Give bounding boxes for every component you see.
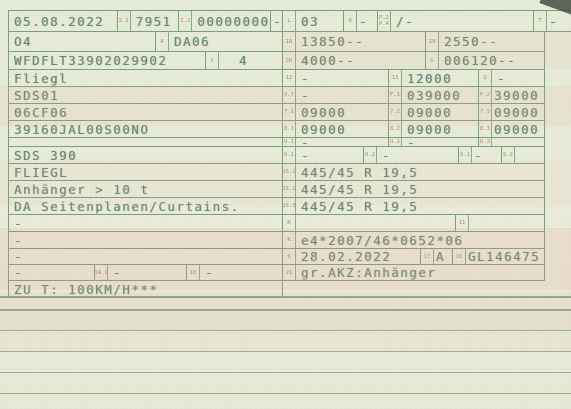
field-value: - — [492, 71, 506, 86]
field-value: - — [296, 71, 310, 86]
table-row: U.1- U.2- U.3 — [283, 138, 545, 147]
ruled-line — [0, 372, 571, 373]
table-row: 8.109000 8.209000 8.309000 — [283, 121, 545, 138]
table-row: SDS 390 — [9, 147, 282, 164]
field-code-label: 8.2 — [389, 121, 402, 137]
noise-u2: U.2- — [388, 138, 478, 146]
speed-note: ZU T: 100KM/H*** — [9, 281, 282, 297]
table-row: DA Seitenplanen/Curtains. — [9, 198, 282, 215]
field-v7: V.7- — [283, 87, 388, 103]
table-row: - 14.1- 16- — [9, 265, 282, 281]
ruled-line — [0, 330, 571, 331]
axle-load-reg-2: 8.209000 — [388, 121, 478, 137]
field-code-label: 14.1 — [95, 265, 108, 280]
field-value: 2550-- — [439, 34, 498, 49]
model-type: SDS01 — [9, 87, 282, 103]
table-row: 628.02.2022 17A 16GL146475 — [283, 249, 545, 265]
field-value: 05.08.2022 — [9, 14, 104, 29]
table-row: V.7- F.1039000 F.239000 — [283, 87, 545, 104]
variant: 06CF06 — [9, 104, 282, 120]
colour-field: R — [283, 215, 455, 231]
towing-o1: O.1- — [283, 147, 363, 163]
field-value: e4*2007/46*0652*06 — [296, 233, 463, 248]
empty-field: - — [9, 215, 282, 231]
table-row: Ke4*2007/46*0652*06 — [283, 232, 545, 249]
field-value: Anhänger > 10 t — [9, 182, 149, 197]
field-17: 17A — [420, 249, 452, 264]
field-16-left: 16- — [186, 265, 282, 280]
field-value: - — [9, 233, 23, 248]
length-field: 1813850-- — [283, 32, 425, 51]
version: 39160JAL00S00NO — [9, 121, 282, 137]
field-value: 28.02.2022 — [296, 249, 391, 264]
field-code-label: F.1 — [389, 87, 402, 103]
approval-date: 628.02.2022 — [283, 249, 420, 264]
table-row: WFDFLT33902029902 34 — [9, 52, 282, 70]
scan-tint — [0, 330, 571, 352]
table-row: R 11 — [283, 215, 545, 232]
towing-o2: O.2- — [363, 147, 458, 163]
field-code-label: 2.1 — [118, 11, 131, 31]
ruled-line — [0, 351, 571, 352]
table-row: Anhänger > 10 t — [9, 181, 282, 198]
field-code-label: 6 — [283, 249, 296, 264]
field-12: 12- — [283, 70, 388, 86]
axle-load-reg-1: 8.109000 — [283, 121, 388, 137]
field-code-label: S.1 — [459, 147, 472, 163]
field-value: 09000 — [492, 122, 539, 137]
axle-load-reg-3: 8.309000 — [478, 121, 544, 137]
field-value: - — [472, 148, 483, 163]
field-value: - — [9, 216, 23, 231]
axle-load-tech-2: 7.209000 — [388, 104, 478, 120]
table-row: 15.2445/45 R 19,5 — [283, 181, 545, 198]
table-row: 06CF06 — [9, 104, 282, 121]
field-code-label: T — [534, 11, 547, 31]
driven-axles: 9- — [343, 11, 377, 31]
emission-code-field: 14.1- — [94, 265, 186, 280]
field-code-label: 15.1 — [283, 164, 296, 180]
table-row: 39160JAL00S00NO — [9, 121, 282, 138]
table-row: FLIEGL — [9, 164, 282, 181]
vehicle-registration-document-scan: 05.08.2022 2.17951 2.200000000 - O4 4DA0… — [0, 0, 571, 409]
field-code-label: 11 — [456, 215, 469, 231]
field-code-label: 18 — [283, 32, 296, 51]
field-code-label: G — [426, 52, 439, 69]
field-value: 03 — [296, 14, 319, 29]
vin: WFDFLT33902029902 — [9, 52, 205, 69]
field-code-label: 2.2 — [179, 11, 192, 31]
field-code-label: 9 — [344, 11, 357, 31]
power-rating: P.2 P.4/- — [377, 11, 533, 31]
field-value: 039000 — [402, 88, 461, 103]
field-code-label: 4 — [156, 32, 169, 51]
field-value: A — [434, 249, 445, 264]
field-code-label: L — [283, 11, 296, 31]
field-code-label: V.7 — [283, 87, 296, 103]
field-value: 13850-- — [296, 34, 364, 49]
field-code-label: 12 — [283, 70, 296, 86]
field-value: 09000 — [402, 122, 452, 137]
gross-mass-f2: F.239000 — [478, 87, 544, 103]
field-code-label: 15.3 — [283, 198, 296, 214]
table-row: O.1- O.2- S.1- S.2 — [283, 147, 545, 164]
width-field: 192550-- — [425, 32, 544, 51]
field-value: GL146475 — [466, 249, 540, 264]
field-value: gr.AKZ:Anhänger — [296, 265, 436, 280]
field-code-label: 15.2 — [283, 181, 296, 197]
seats-s1: S.1- — [458, 147, 501, 163]
table-row: SDS01 — [9, 87, 282, 104]
field-value: 09000 — [296, 122, 346, 137]
field-code-label: 7.3 — [479, 104, 492, 120]
field-value: - — [402, 138, 416, 146]
table-row: 1813850-- 192550-- — [283, 32, 545, 52]
empty-field — [9, 138, 282, 146]
field-11: 11 — [455, 215, 544, 231]
field-value: 39000 — [492, 88, 539, 103]
field-value: - — [377, 148, 391, 163]
table-row: O4 4DA06 — [9, 32, 282, 52]
table-row: 05.08.2022 2.17951 2.200000000 - — [9, 11, 282, 32]
field-code-label: 3 — [206, 52, 219, 69]
vin-check-digit: 34 — [205, 52, 282, 69]
field-code-label: Q — [479, 70, 492, 86]
field-value: 7951 — [131, 14, 172, 29]
table-row: 15.3445/45 R 19,5 — [283, 198, 545, 215]
field-value: FLIEGL — [9, 165, 68, 180]
field-value: 09000 — [492, 105, 539, 120]
field-value: - — [9, 249, 23, 264]
field-value: DA Seitenplanen/Curtains. — [9, 199, 240, 214]
field-value: - — [296, 88, 310, 103]
field-value: 445/45 R 19,5 — [296, 199, 418, 214]
max-speed: T- — [533, 11, 571, 31]
manufacturer-name: Fliegl — [9, 70, 282, 86]
field-code-label: K — [283, 232, 296, 248]
table-row: Fliegl — [9, 70, 282, 87]
table-row: 15.1445/45 R 19,5 — [283, 164, 545, 181]
field-value: ZU T: 100KM/H*** — [9, 282, 158, 297]
field-value: - — [271, 14, 282, 29]
field-value: 445/45 R 19,5 — [296, 165, 418, 180]
table-row — [9, 138, 282, 147]
empty-field: - — [9, 232, 282, 248]
field-value: 09000 — [296, 105, 346, 120]
field-code-label: 13 — [389, 70, 402, 86]
make: FLIEGL — [9, 164, 282, 180]
table-row: 7.109000 7.209000 7.309000 — [283, 104, 545, 121]
field-value: 12000 — [402, 71, 452, 86]
table-row: L03 9- P.2 P.4/- T- — [283, 11, 571, 32]
field-value: - — [200, 265, 214, 280]
power-to-weight: Q- — [478, 70, 544, 86]
vehicle-class-text: Anhänger > 10 t — [9, 181, 282, 197]
trade-name: SDS 390 — [9, 147, 282, 163]
axle-load-tech-1: 7.109000 — [283, 104, 388, 120]
table-row: 21gr.AKZ:Anhänger — [283, 265, 545, 281]
body-code: 4DA06 — [155, 32, 282, 51]
field-value: 4 — [219, 53, 248, 68]
field-code-label: O.1 — [283, 147, 296, 163]
type-code: 2.200000000 — [178, 11, 270, 31]
field-value: /- — [391, 14, 414, 29]
ruled-line — [0, 296, 571, 298]
vehicle-data-table-left: 05.08.2022 2.17951 2.200000000 - O4 4DA0… — [8, 10, 283, 298]
field-code-label: 17 — [421, 249, 434, 264]
field-value: SDS01 — [9, 88, 59, 103]
tire-size-axle-1: 15.1445/45 R 19,5 — [283, 164, 544, 180]
field-code-label: 7.2 — [389, 104, 402, 120]
field-value: SDS 390 — [9, 148, 77, 163]
field-value: 4000-- — [296, 53, 355, 68]
field-code-label: 8.1 — [283, 121, 296, 137]
field-code-label: U.3 — [479, 138, 492, 146]
field-code-label: U.2 — [389, 138, 402, 146]
field-value: Fliegl — [9, 71, 68, 86]
first-registration-date: 05.08.2022 — [9, 11, 117, 31]
field-value: 00000000 — [192, 14, 269, 29]
manufacturer-code: 2.17951 — [117, 11, 179, 31]
axle-count: L03 — [283, 11, 343, 31]
noise-u1: U.1- — [283, 138, 388, 146]
field-code-label: 21 — [283, 265, 296, 280]
field-value: O4 — [9, 34, 32, 49]
field-code-label: U.1 — [283, 138, 296, 146]
table-row: 204000-- G006120-- — [283, 52, 545, 70]
tire-size-axle-3: 15.3445/45 R 19,5 — [283, 198, 544, 214]
field-value: 09000 — [402, 105, 452, 120]
field-value: 39160JAL00S00NO — [9, 122, 149, 137]
check-field: - — [270, 11, 282, 31]
field-code-label: 16 — [453, 249, 466, 264]
field-value: 445/45 R 19,5 — [296, 182, 418, 197]
table-row: - — [9, 249, 282, 265]
body-type-text: DA Seitenplanen/Curtains. — [9, 198, 282, 214]
field-code-label: 7.1 — [283, 104, 296, 120]
field-value: DA06 — [169, 34, 210, 49]
field-code-label: 19 — [426, 32, 439, 51]
certificate-number: 16GL146475 — [452, 249, 544, 264]
empty-field: - — [9, 265, 94, 280]
table-row: - — [9, 215, 282, 232]
table-row: 12- 1312000 Q- — [283, 70, 545, 87]
tire-size-axle-2: 15.2445/45 R 19,5 — [283, 181, 544, 197]
field-value: - — [547, 14, 558, 29]
field-code-label: S.2 — [502, 147, 515, 163]
field-value: - — [296, 138, 310, 146]
field-code-label: 16 — [187, 265, 200, 280]
kingpin-load: 1312000 — [388, 70, 478, 86]
field-value: - — [108, 265, 122, 280]
axle-load-tech-3: 7.309000 — [478, 104, 544, 120]
height-field: 204000-- — [283, 52, 425, 69]
vehicle-data-table-right: L03 9- P.2 P.4/- T- 1813850-- 192550-- 2… — [283, 10, 571, 281]
empty-mass-field: G006120-- — [425, 52, 544, 69]
empty-field: - — [9, 249, 282, 264]
field-value: - — [296, 148, 310, 163]
field-value: - — [9, 265, 23, 280]
field-value: 006120-- — [439, 53, 516, 68]
noise-u3: U.3 — [478, 138, 544, 146]
field-code-label: 8.3 — [479, 121, 492, 137]
field-code-label: 20 — [283, 52, 296, 69]
field-code-label: R — [283, 215, 296, 231]
ruled-line — [0, 309, 571, 311]
field-code-label: O.2 — [364, 147, 377, 163]
vehicle-class: O4 — [9, 32, 155, 51]
field-code-label: F.2 — [479, 87, 492, 103]
field-value: WFDFLT33902029902 — [9, 53, 167, 68]
remark-akz: 21gr.AKZ:Anhänger — [283, 265, 544, 280]
field-value: 06CF06 — [9, 105, 68, 120]
type-approval-number: Ke4*2007/46*0652*06 — [283, 232, 544, 248]
table-row: - — [9, 232, 282, 249]
field-code-label: P.2 P.4 — [378, 11, 391, 31]
ruled-line — [0, 393, 571, 394]
standing-s2: S.2 — [501, 147, 544, 163]
field-value: - — [357, 14, 368, 29]
gross-mass-f1: F.1039000 — [388, 87, 478, 103]
